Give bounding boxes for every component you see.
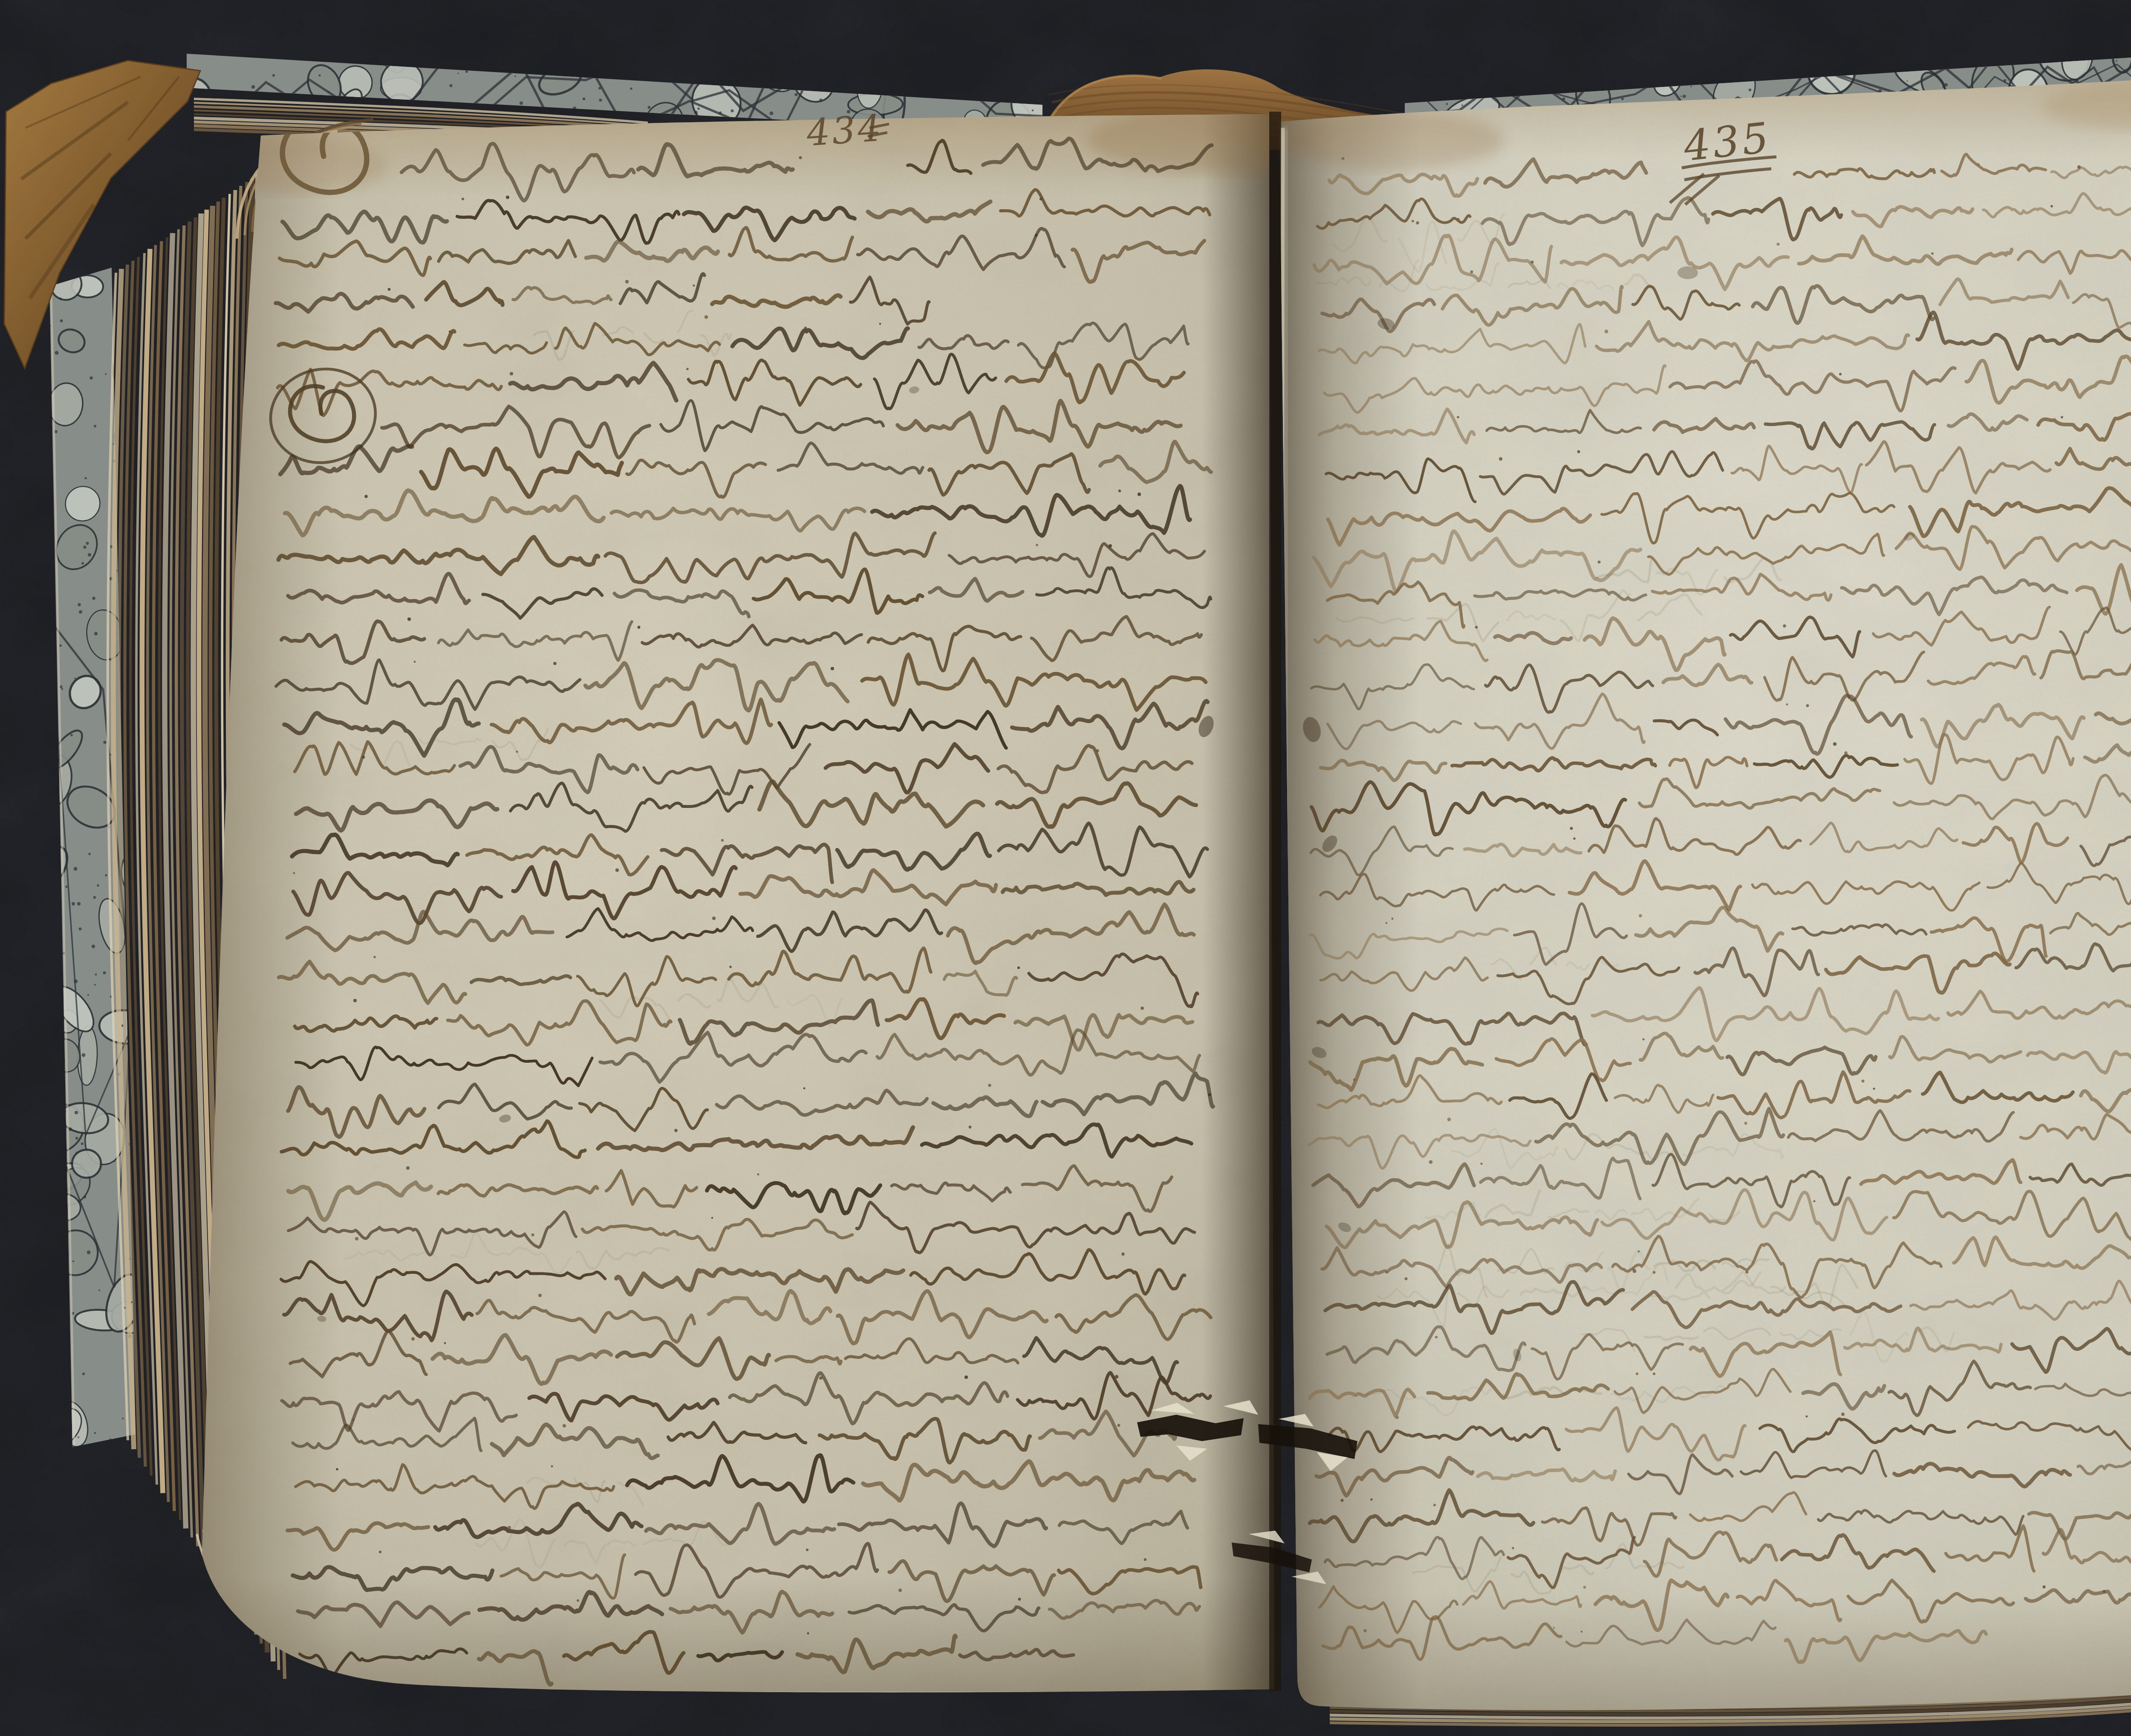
left-page xyxy=(196,107,1343,1696)
open-book: 434 435 xyxy=(4,24,2131,1725)
left-page-number: 434 xyxy=(805,107,884,155)
archival-photo: 434 435 xyxy=(0,0,2131,1736)
open-book-scene: 434 435 xyxy=(0,0,2131,1736)
